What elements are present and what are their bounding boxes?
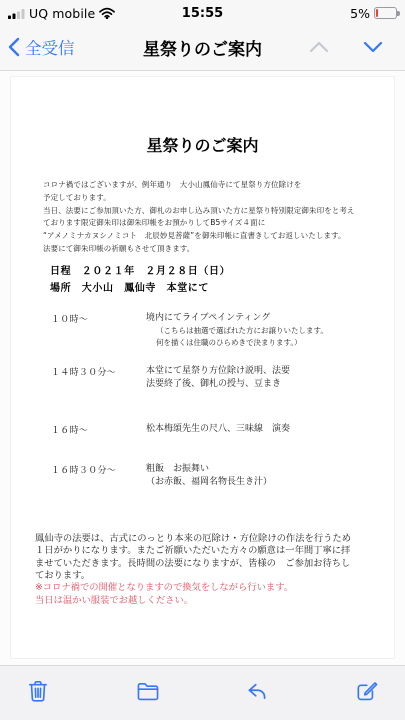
flyer-closing-paragraph: 鳳仙寺の法要は、古式にのっとり本来の厄除け・方位除けの作法を行うため １日がかり… [35, 533, 376, 607]
mail-toolbar [0, 665, 405, 720]
schedule-desc: 本堂にて星祭り方位除け説明、法要 法要終了後、御札の授与、豆まき [146, 365, 290, 391]
schedule-item: １４時３０分〜 本堂にて星祭り方位除け説明、法要 法要終了後、御札の授与、豆まき [51, 365, 394, 391]
next-message-button[interactable] [359, 33, 387, 61]
status-bar: UQ mobile 15:55 5% [0, 0, 405, 24]
event-date-place: 日程 ２０２１年 ２月２８日（日） 場所 大小山 鳳仙寺 本堂にて [50, 263, 394, 298]
flyer-intro-paragraph: コロナ禍ではございますが、例年通り 大小山鳳仙寺にて星祭り方位除けを 予定してお… [43, 179, 376, 256]
warning-line: 当日は温かい服装でお越しください。 [35, 595, 376, 607]
closing-line: ております。 [35, 570, 376, 582]
flyer-title: 星祭りのご案内 [11, 133, 394, 156]
reply-button[interactable] [243, 677, 271, 705]
back-button[interactable]: 全受信 [8, 35, 75, 59]
closing-line: ませていただきます。長時間の法要になりますが、皆様の ご参加お待ちし [35, 558, 376, 570]
nav-bar: 全受信 星祭りのご案内 [0, 24, 405, 71]
mail-app-screen: UQ mobile 15:55 5% 全受信 星祭りのご案内 [0, 0, 405, 720]
previous-message-button[interactable] [305, 33, 333, 61]
schedule-desc: 境内にてライブペインティング （こちらは抽選で選ばれた方にお譲りいたします。 何… [146, 312, 328, 349]
chevron-left-icon [8, 37, 20, 57]
schedule-item: １６時３０分〜 粗飯 お振舞い （お赤飯、福岡名物長生き汁） [51, 463, 394, 489]
battery-percent-label: 5% [350, 6, 370, 21]
intro-line: 当日、法要にご参加頂いた方、御札のお申し込み頂いた方に星祭り特別限定御朱印をと考… [43, 205, 376, 218]
email-body: 星祭りのご案内 コロナ禍ではございますが、例年通り 大小山鳳仙寺にて星祭り方位除… [0, 72, 405, 665]
schedule-time: １６時〜 [51, 423, 146, 436]
warning-line: ※コロナ禍での開催となりますので換気をしながら行います。 [35, 582, 376, 594]
schedule-item: １０時〜 境内にてライブペインティング （こちらは抽選で選ばれた方にお譲りいたし… [51, 312, 394, 349]
chevron-down-icon [363, 41, 383, 53]
intro-line: ております限定御朱印は御朱印帳をお預かりしてB5サイズ４面に [43, 217, 376, 230]
closing-line: 鳳仙寺の法要は、古式にのっとり本来の厄除け・方位除けの作法を行うため [35, 533, 376, 545]
event-date: 日程 ２０２１年 ２月２８日（日） [50, 263, 394, 281]
chevron-up-icon [309, 41, 329, 53]
intro-line: コロナ禍ではございますが、例年通り 大小山鳳仙寺にて星祭り方位除けを [43, 179, 376, 192]
status-right: 5% [350, 6, 397, 21]
schedule-desc: 松本梅頌先生の尺八、三味線 演奏 [146, 423, 290, 436]
flyer-page: 星祭りのご案内 コロナ禍ではございますが、例年通り 大小山鳳仙寺にて星祭り方位除… [10, 76, 395, 659]
delete-button[interactable] [24, 677, 52, 705]
clock: 15:55 [0, 6, 405, 21]
folder-icon [135, 678, 161, 704]
event-place: 場所 大小山 鳳仙寺 本堂にて [50, 280, 394, 298]
move-to-folder-button[interactable] [134, 677, 162, 705]
trash-icon [25, 678, 51, 704]
compose-icon [354, 678, 380, 704]
compose-button[interactable] [353, 677, 381, 705]
reply-icon [244, 678, 270, 704]
intro-line: “アメノミナカヌシノミコト 北辰妙見菩薩”を御朱印帳に直書きしてお返しいたします… [43, 230, 376, 243]
covid-warning: ※コロナ禍での開催となりますので換気をしながら行います。 当日は温かい服装でお越… [35, 582, 376, 607]
schedule-time: １６時３０分〜 [51, 463, 146, 489]
schedule-item: １６時〜 松本梅頌先生の尺八、三味線 演奏 [51, 423, 394, 436]
schedule-time: １４時３０分〜 [51, 365, 146, 391]
schedule-list: １０時〜 境内にてライブペインティング （こちらは抽選で選ばれた方にお譲りいたし… [11, 312, 394, 489]
battery-icon [374, 7, 397, 19]
closing-line: １日がかりになります。またご祈願いただいた方々の願意は一年間丁寧に拝 [35, 545, 376, 557]
schedule-time: １０時〜 [51, 312, 146, 349]
message-nav-arrows [305, 33, 405, 61]
schedule-desc: 粗飯 お振舞い （お赤飯、福岡名物長生き汁） [146, 463, 272, 489]
intro-line: 予定しております。 [43, 192, 376, 205]
intro-line: 法要にて御朱印帳の祈願もさせて頂きます。 [43, 243, 376, 256]
back-button-label: 全受信 [25, 35, 75, 59]
